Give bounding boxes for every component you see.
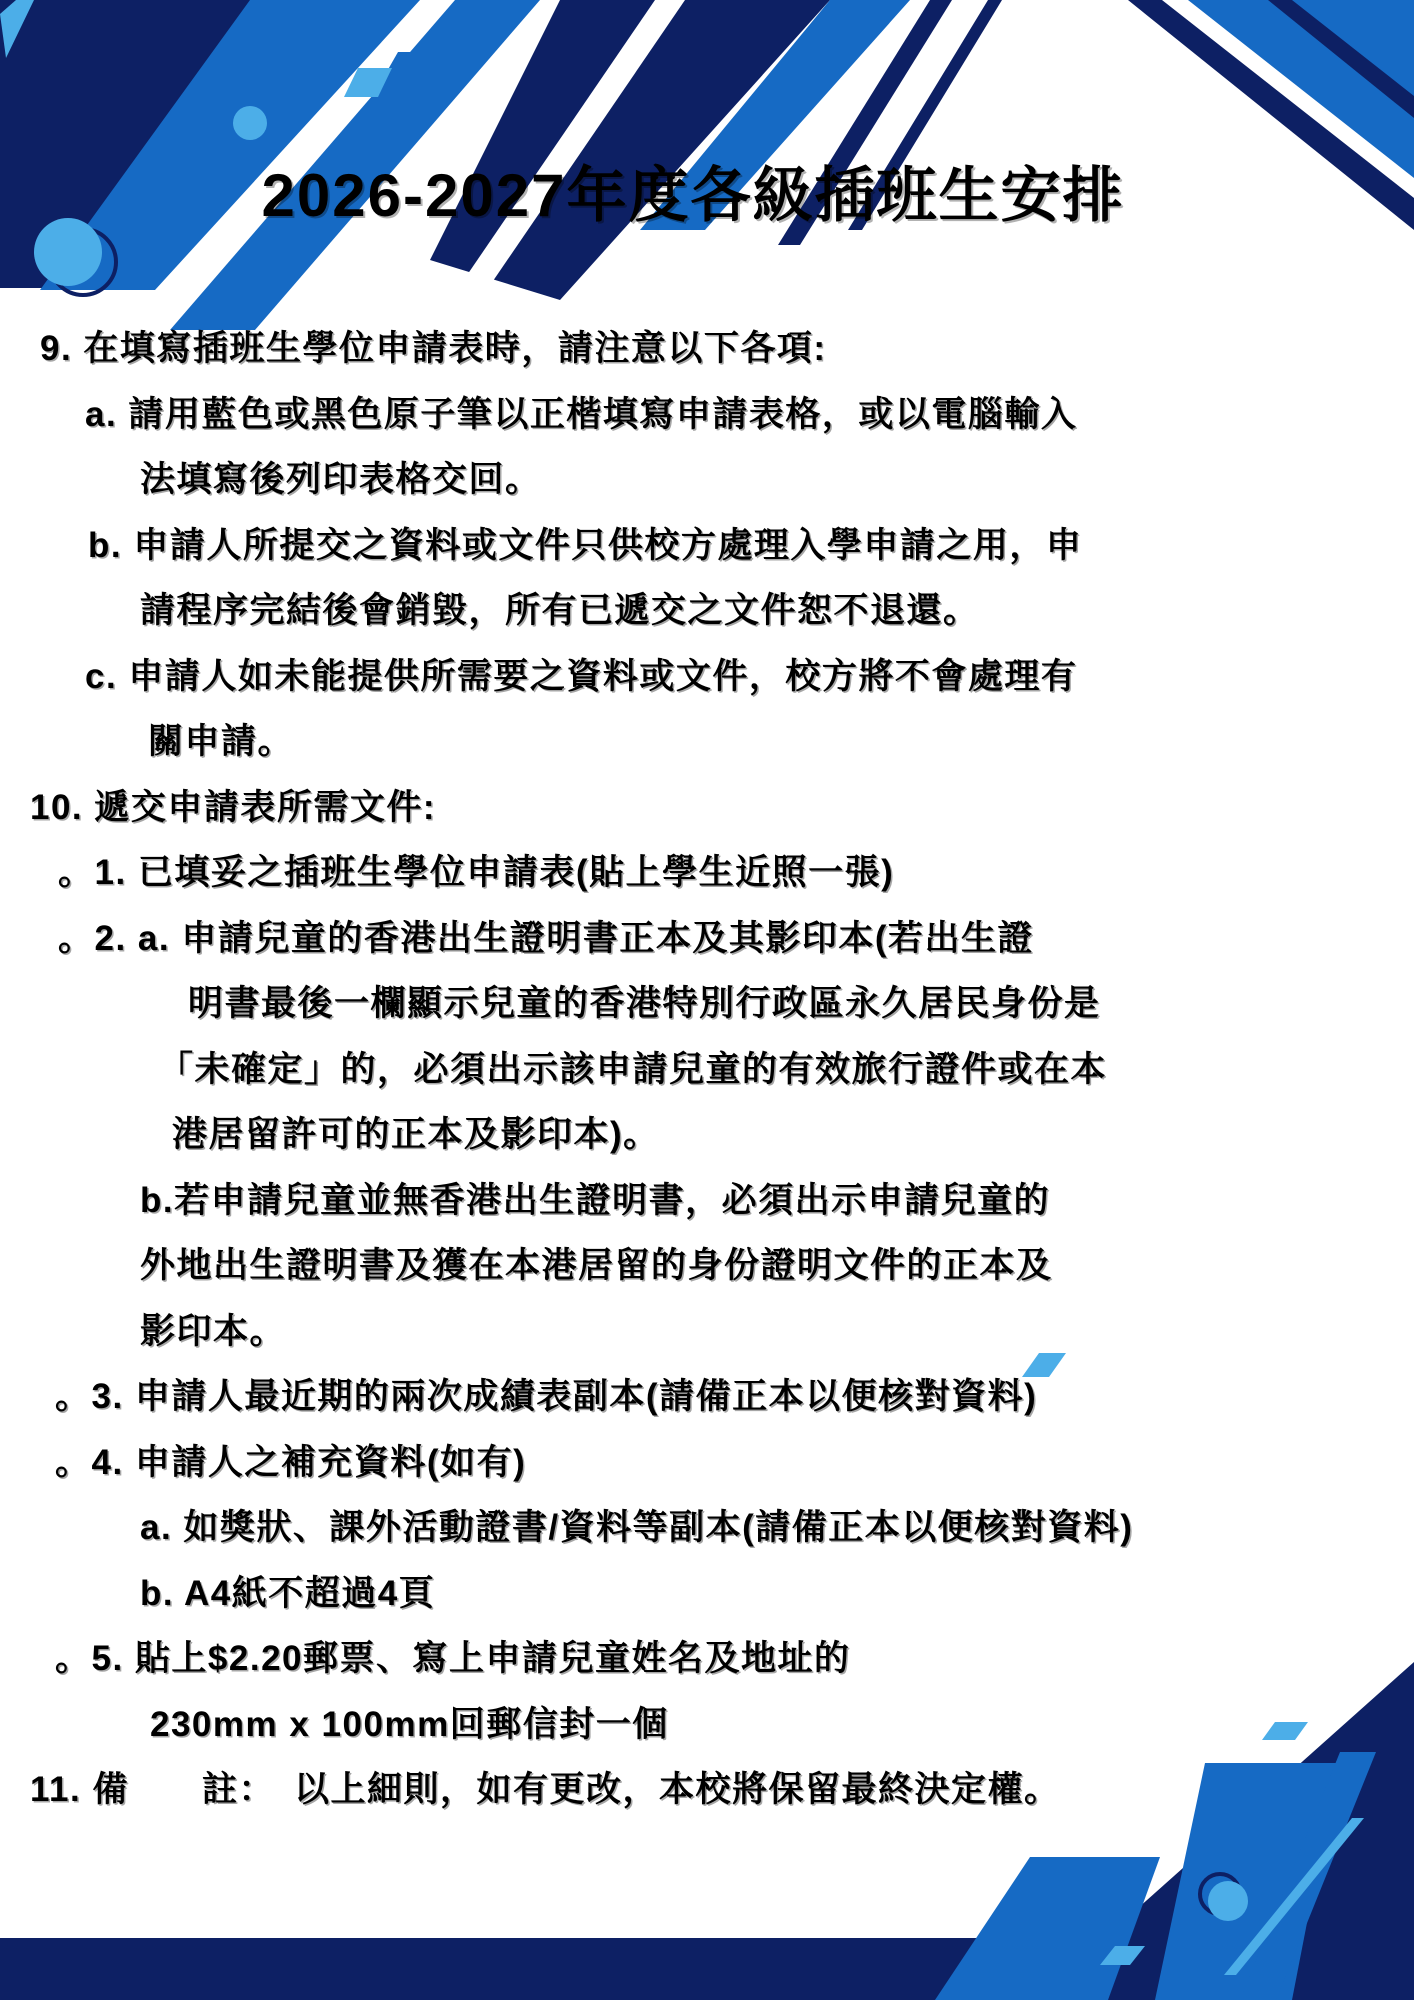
notice-line: 11. 備 註： 以上細則，如有更改，本校將保留最終決定權。 (0, 1757, 1414, 1823)
decor-navy-mass (0, 0, 350, 288)
notice-line: 關申請。 (0, 709, 1414, 775)
notice-line: 230mm x 100mm回郵信封一個 (0, 1692, 1414, 1758)
decor-lightblue-line (1224, 1818, 1364, 1975)
decor-blue-stripe (935, 1857, 1160, 2000)
decor-lightblue-sliver (0, 0, 34, 58)
decor-white-gap (450, 0, 685, 300)
notice-line: b. A4紙不超過4頁 (0, 1561, 1414, 1627)
decor-circle-ring (1200, 1874, 1240, 1914)
decor-blue-stripe (40, 0, 420, 290)
notice-line: 請程序完結後會銷毀，所有已遞交之文件恕不退還。 (0, 578, 1414, 644)
notice-body: 9. 在填寫插班生學位申請表時，請注意以下各項:a. 請用藍色或黑色原子筆以正楷… (0, 316, 1414, 1823)
notice-line: 影印本。 (0, 1299, 1414, 1365)
decor-navy-mass (430, 0, 830, 300)
decor-small-circle (233, 106, 267, 140)
notice-line: 。2. a. 申請兒童的香港出生證明書正本及其影印本(若出生證 (0, 906, 1414, 972)
notice-line: b.若申請兒童並無香港出生證明書，必須出示申請兒童的 (0, 1168, 1414, 1234)
page-title: 2026-2027年度各級插班生安排 (0, 163, 1400, 229)
footer-band (0, 1938, 1414, 2000)
notice-line: 9. 在填寫插班生學位申請表時，請注意以下各項: (0, 316, 1414, 382)
decor-blue-parallelogram (382, 52, 436, 80)
notice-line: 10. 遞交申請表所需文件: (0, 775, 1414, 841)
notice-line: 「未確定」的，必須出示該申請兒童的有效旅行證件或在本 (0, 1037, 1414, 1103)
notice-line: a. 請用藍色或黑色原子筆以正楷填寫申請表格，或以電腦輸入 (0, 382, 1414, 448)
notice-line: 外地出生證明書及獲在本港居留的身份證明文件的正本及 (0, 1233, 1414, 1299)
decor-circle-ring (50, 229, 116, 295)
notice-line: 港居留許可的正本及影印本)。 (0, 1102, 1414, 1168)
decor-lightblue-parallelogram (1100, 1946, 1145, 1965)
notice-line: 。1. 已填妥之插班生學位申請表(貼上學生近照一張) (0, 840, 1414, 906)
notice-line: 。4. 申請人之補充資料(如有) (0, 1430, 1414, 1496)
decor-navy-line (1268, 0, 1414, 118)
notice-line: c. 申請人如未能提供所需要之資料或文件，校方將不會處理有 (0, 644, 1414, 710)
decor-blue-corner (1188, 0, 1414, 178)
notice-line: b. 申請人所提交之資料或文件只供校方處理入學申請之用，申 (0, 513, 1414, 579)
notice-line: 法填寫後列印表格交回。 (0, 447, 1414, 513)
notice-line: 明書最後一欄顯示兒童的香港特別行政區永久居民身份是 (0, 971, 1414, 1037)
notice-page: 2026-2027年度各級插班生安排 9. 在填寫插班生學位申請表時，請注意以下… (0, 0, 1414, 2000)
notice-line: 。5. 貼上$2.20郵票、寫上申請兒童姓名及地址的 (0, 1626, 1414, 1692)
decor-lightblue-parallelogram (344, 68, 392, 97)
decor-small-circle (1208, 1881, 1248, 1921)
notice-line: 。3. 申請人最近期的兩次成績表副本(請備正本以便核對資料) (0, 1364, 1414, 1430)
notice-line: a. 如獎狀、課外活動證書/資料等副本(請備正本以便核對資料) (0, 1495, 1414, 1561)
